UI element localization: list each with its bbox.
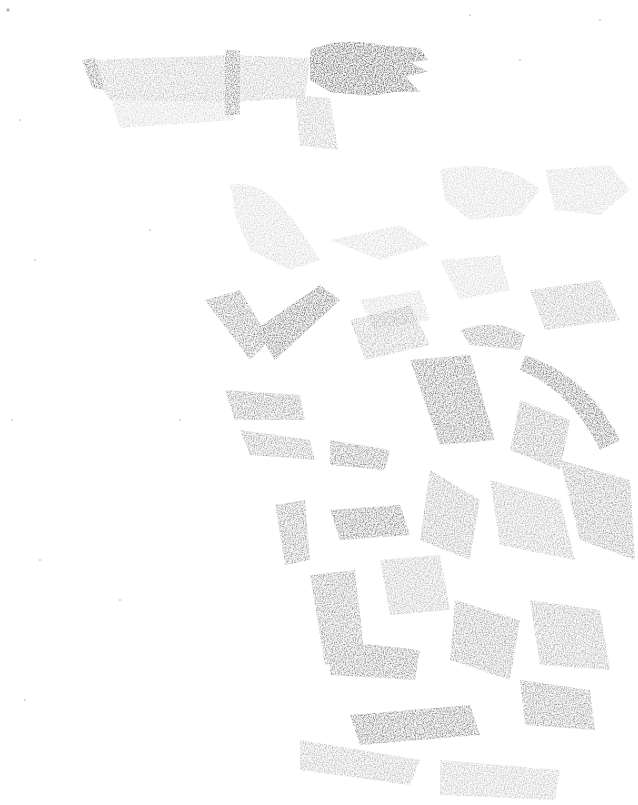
pencil-sketch-artwork bbox=[0, 0, 638, 805]
falling-blocks bbox=[205, 280, 635, 800]
arm-hand-figure bbox=[82, 42, 428, 150]
